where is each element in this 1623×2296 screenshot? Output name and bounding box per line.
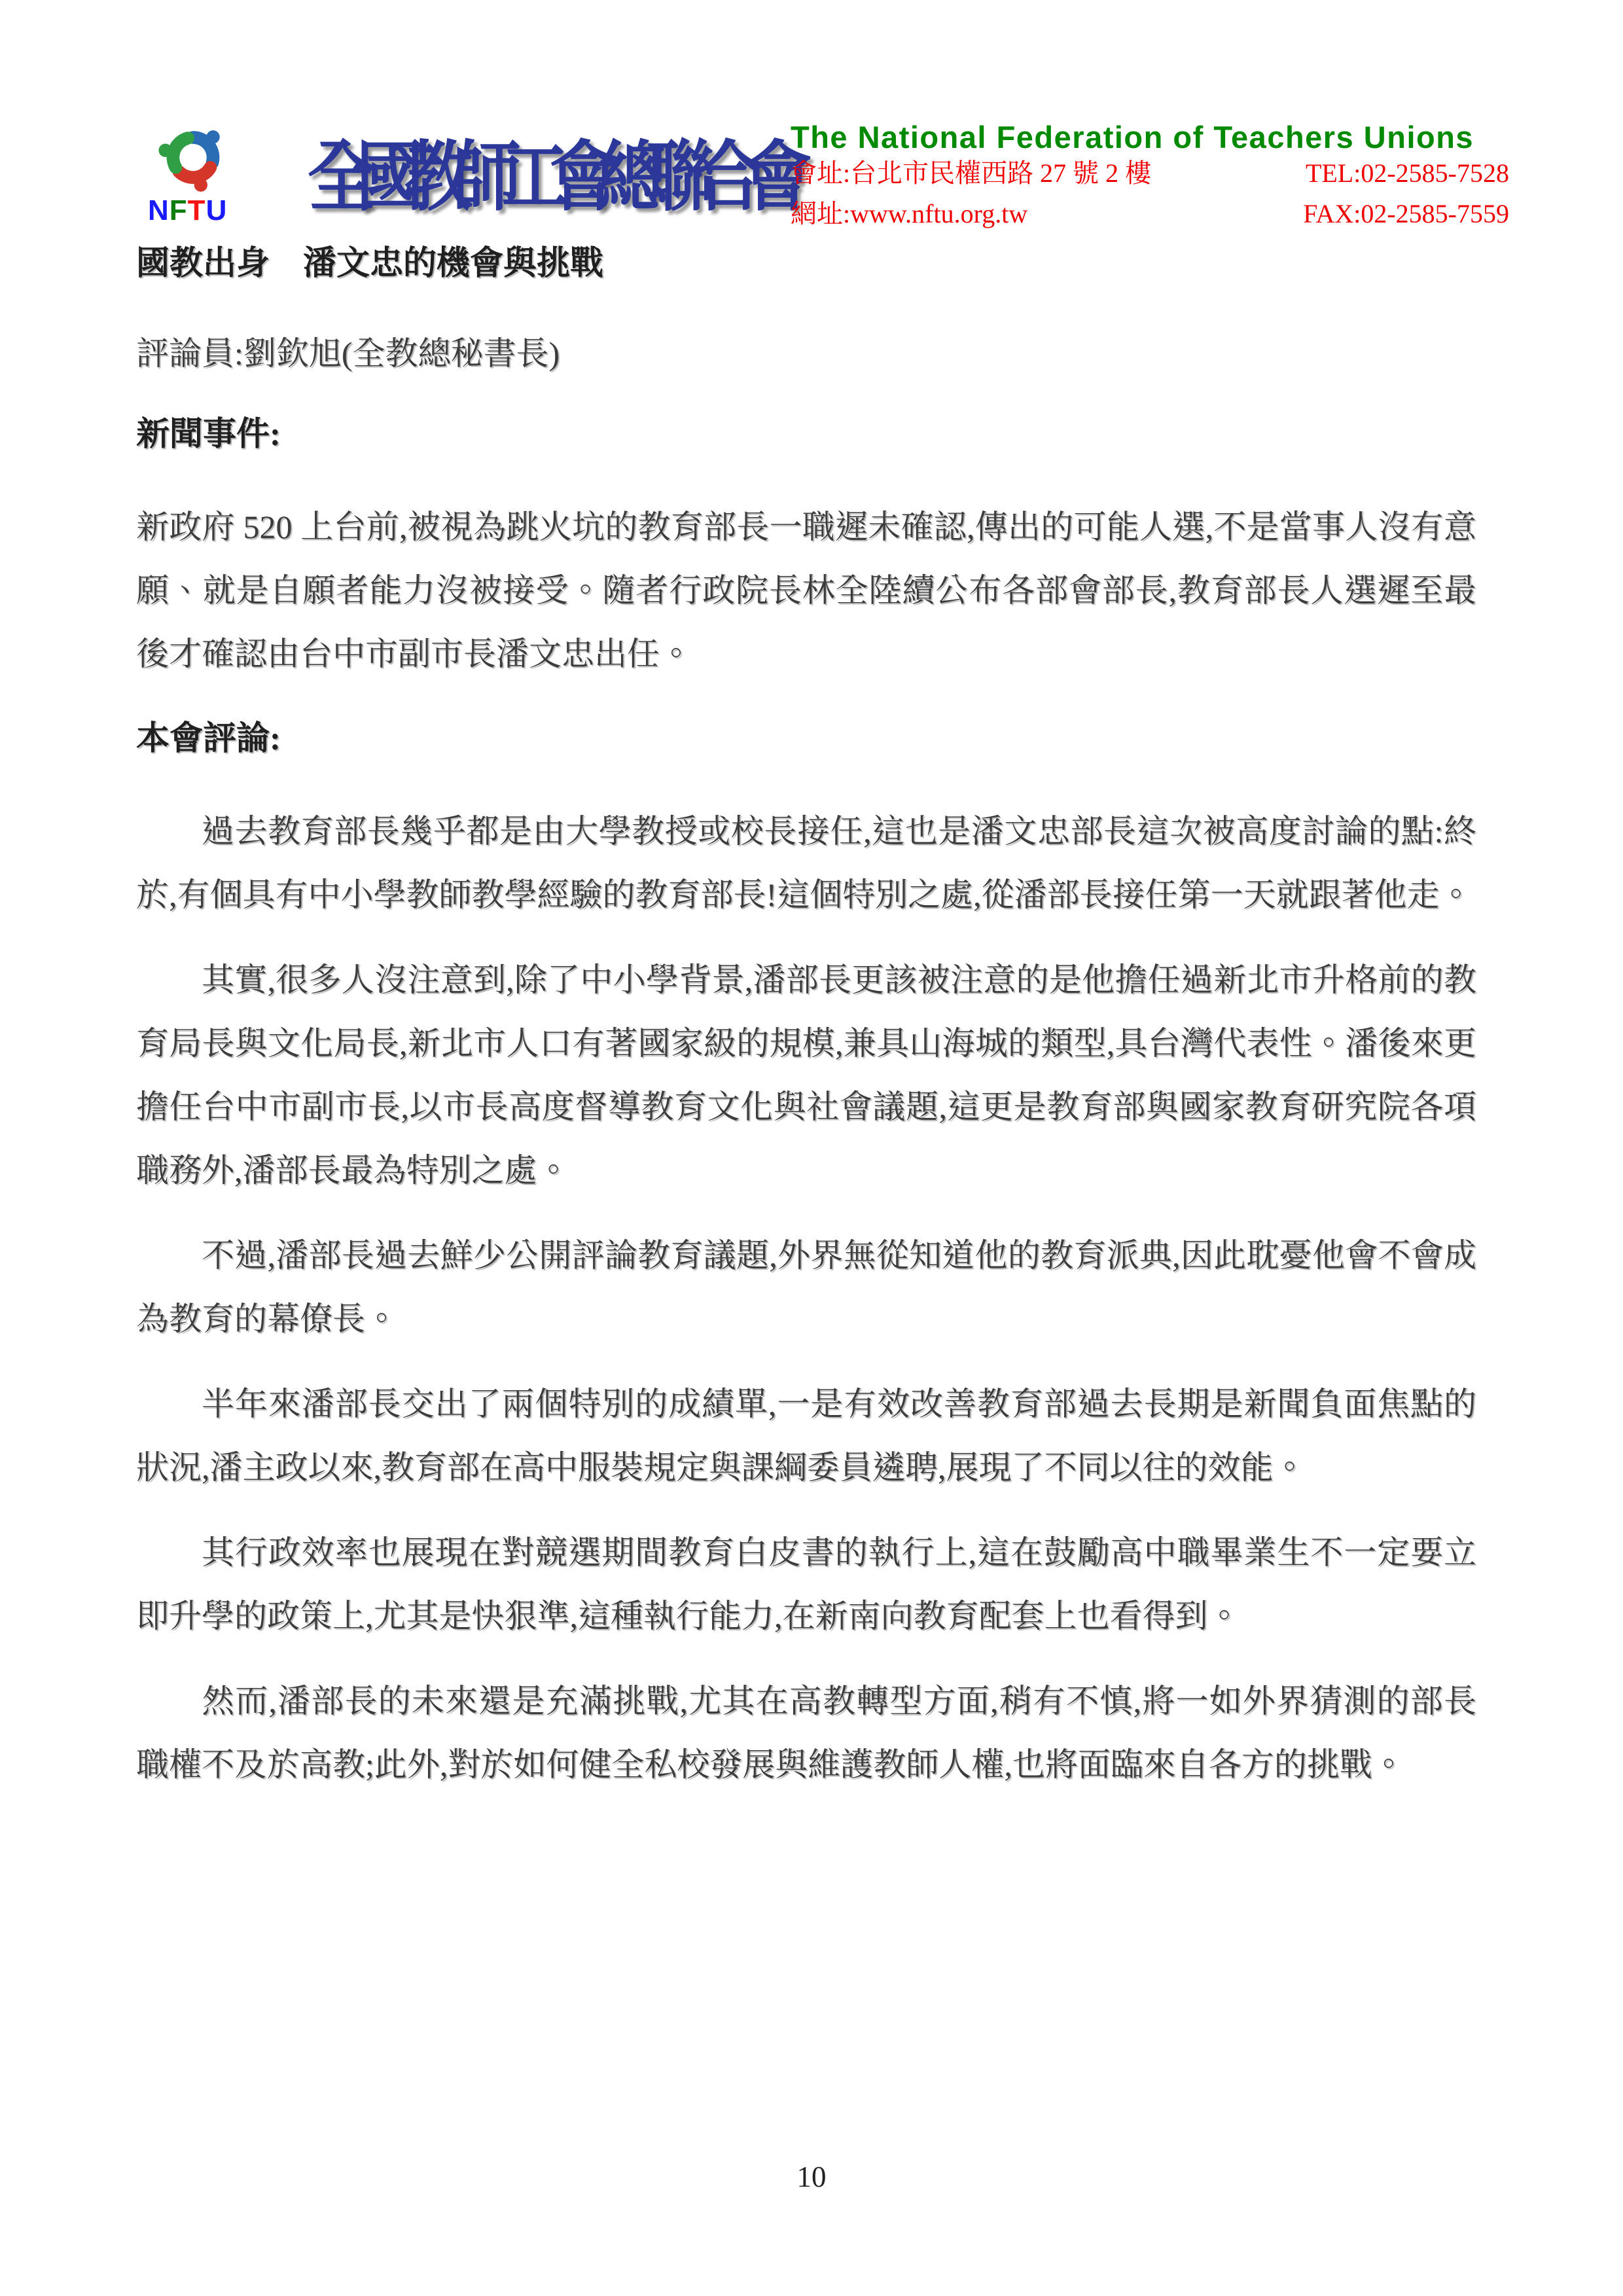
tel-text: TEL:02-2585-7528 [1306,153,1509,194]
byline: 評論員:劉欽旭(全教總秘書長) [136,322,1476,386]
paragraph: 不過,潘部長過去鮮少公開評論教育議題,外界無從知道他的教育派典,因此耽憂他會不會… [136,1224,1476,1351]
contact-info: 會址:台北市民權西路 27 號 2 樓 TEL:02-2585-7528 網址:… [791,153,1509,234]
paragraph: 新政府 520 上台前,被視為跳火坑的教育部長一職遲未確認,傳出的可能人選,不是… [136,495,1476,686]
org-name-english: The National Federation of Teachers Unio… [791,119,1510,155]
address-text: 會址:台北市民權西路 27 號 2 樓 [791,153,1151,194]
page-number: 10 [0,2160,1623,2194]
section-heading-commentary: 本會評論: [136,708,1476,771]
contact-row-1: 會址:台北市民權西路 27 號 2 樓 TEL:02-2585-7528 [791,153,1509,194]
nftu-letter-f: F [169,194,188,226]
paragraph: 其實,很多人沒注意到,除了中小學背景,潘部長更該被注意的是他擔任過新北市升格前的… [136,948,1476,1202]
nftu-logo-icon [144,117,242,200]
paragraph: 半年來潘部長交出了兩個特別的成績單,一是有效改善教育部過去長期是新聞負面焦點的狀… [136,1372,1476,1499]
article-title: 國教出身 潘文忠的機會與挑戰 [136,232,1476,296]
website-text: 網址:www.nftu.org.tw [791,194,1027,234]
document-page: NFTU 全國教師工會總聯合會 The National Federation … [0,0,1623,2296]
contact-row-2: 網址:www.nftu.org.tw FAX:02-2585-7559 [791,194,1509,234]
paragraph: 然而,潘部長的未來還是充滿挑戰,尤其在高教轉型方面,稍有不慎,將一如外界猜測的部… [136,1670,1476,1797]
nftu-letter-t: T [188,194,206,226]
fax-text: FAX:02-2585-7559 [1303,194,1509,234]
paragraph: 其行政效率也展現在對競選期間教育白皮書的執行上,這在鼓勵高中職畢業生不一定要立即… [136,1521,1476,1648]
nftu-letter-n: N [148,194,169,226]
nftu-wordmark: NFTU [148,196,227,225]
paragraph: 過去教育部長幾乎都是由大學教授或校長接任,這也是潘文忠部長這次被高度討論的點:終… [136,800,1476,927]
section-heading-news-event: 新聞事件: [136,403,1476,467]
article: 國教出身 潘文忠的機會與挑戰 評論員:劉欽旭(全教總秘書長) 新聞事件: 新政府… [136,232,1476,1818]
org-name-chinese: 全國教師工會總聯合會 [308,115,792,225]
nftu-letter-u: U [206,194,228,226]
